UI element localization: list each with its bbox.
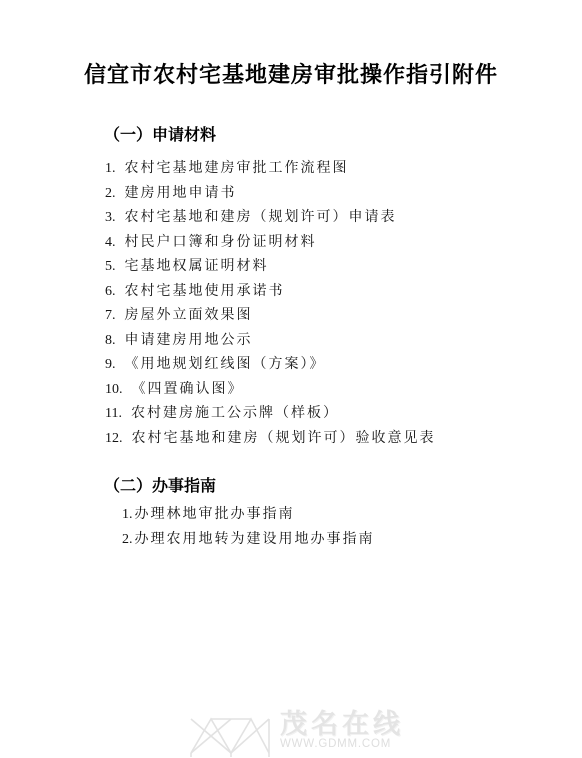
- list-item-text: 《用地规划红线图（方案）》: [125, 357, 326, 372]
- list-item-number: 2.: [122, 532, 133, 547]
- watermark-site-url: WWW.GDMM.COM: [280, 738, 404, 751]
- watermark-text-block: 茂名在线 WWW.GDMM.COM: [280, 710, 404, 751]
- list-item-text: 建房用地申请书: [125, 186, 237, 201]
- section-service-guides: （二）办事指南 1.办理林地审批办事指南 2.办理农用地转为建设用地办事指南: [0, 478, 582, 552]
- document-page: 信宜市农村宅基地建房审批操作指引附件 （一）申请材料 1.农村宅基地建房审批工作…: [0, 0, 582, 758]
- list-item-number: 11.: [105, 406, 122, 421]
- list-item-number: 9.: [105, 357, 116, 372]
- list-item-number: 1.: [122, 507, 133, 522]
- list-item-number: 3.: [105, 210, 116, 225]
- list-item-7: 7.房屋外立面效果图: [105, 304, 582, 329]
- list-item-number: 7.: [105, 308, 116, 323]
- list-item-text: 农村宅基地和建房（规划许可）申请表: [125, 210, 397, 225]
- list-item-4: 4.村民户口簿和身份证明材料: [105, 231, 582, 256]
- list-item-text: 宅基地权属证明材料: [125, 259, 269, 274]
- list-item-text: 农村宅基地和建房（规划许可）验收意见表: [132, 431, 436, 446]
- list-item-text: 房屋外立面效果图: [125, 308, 253, 323]
- list-item-number: 1.: [105, 161, 116, 176]
- list-item-text: 农村宅基地使用承诺书: [125, 284, 285, 299]
- list-item-text: 《四置确认图》: [132, 382, 244, 397]
- list-item-1: 1.农村宅基地建房审批工作流程图: [105, 157, 582, 182]
- document-title: 信宜市农村宅基地建房审批操作指引附件: [0, 60, 582, 90]
- section-1-heading: （一）申请材料: [104, 127, 582, 144]
- list-item-number: 2.: [105, 186, 116, 201]
- gdmm-triangle-lattice-icon: [186, 712, 272, 758]
- list-item-12: 12.农村宅基地和建房（规划许可）验收意见表: [105, 427, 582, 452]
- list-item-8: 8.申请建房用地公示: [105, 329, 582, 354]
- list-item-number: 12.: [105, 431, 123, 446]
- list-item-number: 4.: [105, 235, 116, 250]
- list-item-text: 办理林地审批办事指南: [135, 507, 295, 522]
- list-item-6: 6.农村宅基地使用承诺书: [105, 280, 582, 305]
- section-2-list: 1.办理林地审批办事指南 2.办理农用地转为建设用地办事指南: [0, 503, 582, 552]
- list-item-5: 5.宅基地权属证明材料: [105, 255, 582, 280]
- list-item-number: 10.: [105, 382, 123, 397]
- list-item-number: 6.: [105, 284, 116, 299]
- list-item-2: 2.建房用地申请书: [105, 182, 582, 207]
- list-item-3: 3.农村宅基地和建房（规划许可）申请表: [105, 206, 582, 231]
- list-item-text: 申请建房用地公示: [125, 333, 253, 348]
- section-2-heading: （二）办事指南: [104, 478, 582, 495]
- list-item-text: 办理农用地转为建设用地办事指南: [135, 532, 375, 547]
- list-item-number: 8.: [105, 333, 116, 348]
- watermark: 茂名在线 WWW.GDMM.COM: [186, 710, 404, 758]
- watermark-site-name: 茂名在线: [280, 710, 404, 738]
- list-item-11: 11.农村建房施工公示牌（样板）: [105, 402, 582, 427]
- list-item-text: 农村宅基地建房审批工作流程图: [125, 161, 349, 176]
- list-item-1: 1.办理林地审批办事指南: [122, 503, 582, 528]
- section-1-list: 1.农村宅基地建房审批工作流程图 2.建房用地申请书 3.农村宅基地和建房（规划…: [0, 157, 582, 451]
- list-item-10: 10.《四置确认图》: [105, 378, 582, 403]
- list-item-2: 2.办理农用地转为建设用地办事指南: [122, 528, 582, 553]
- list-item-9: 9.《用地规划红线图（方案）》: [105, 353, 582, 378]
- list-item-text: 农村建房施工公示牌（样板）: [131, 406, 339, 421]
- list-item-number: 5.: [105, 259, 116, 274]
- list-item-text: 村民户口簿和身份证明材料: [125, 235, 317, 250]
- section-application-materials: （一）申请材料 1.农村宅基地建房审批工作流程图 2.建房用地申请书 3.农村宅…: [0, 127, 582, 451]
